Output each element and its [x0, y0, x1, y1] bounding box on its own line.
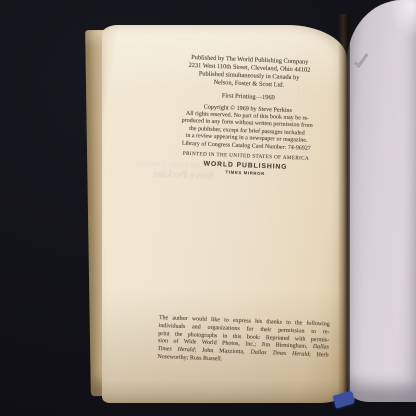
copyright-text-block: Published by The World Publishing Compan… — [137, 52, 358, 180]
book-photo: NEXT YEAR'S the Dallas Cowboys Steve Per… — [0, 0, 416, 416]
pencil-mark — [356, 53, 368, 68]
acknowledgment-paragraph: The author would like to express his tha… — [157, 315, 330, 368]
gutter-shadow — [338, 14, 350, 402]
copyright-page: NEXT YEAR'S the Dallas Cowboys Steve Per… — [102, 25, 347, 403]
